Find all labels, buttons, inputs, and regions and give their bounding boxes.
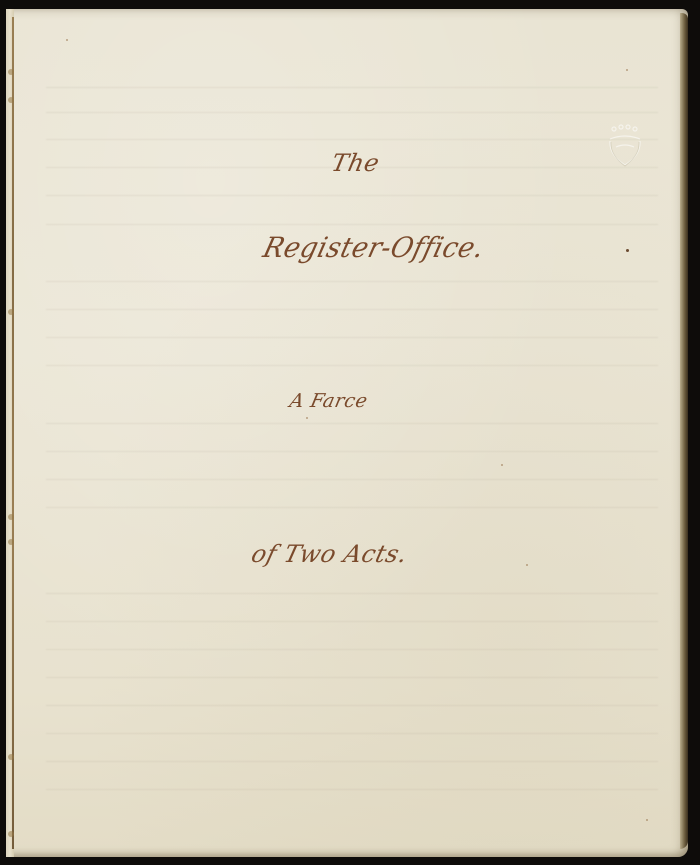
ink-dot — [626, 249, 629, 252]
show-through-line — [46, 299, 658, 310]
stitch-hole — [8, 539, 14, 545]
show-through-line — [46, 355, 658, 366]
show-through-line — [46, 695, 658, 706]
paper-speck — [646, 819, 648, 821]
show-through-line — [46, 185, 658, 196]
stitch-hole — [8, 97, 14, 103]
show-through-line — [46, 497, 658, 508]
show-through-line — [46, 102, 658, 113]
scan-frame: The Register-Office. A Farce of Two Acts… — [0, 0, 700, 865]
show-through-line — [46, 583, 658, 594]
show-through-line — [46, 271, 658, 282]
show-through-line — [46, 751, 658, 762]
stitch-hole — [8, 309, 14, 315]
stitch-hole — [8, 514, 14, 520]
show-through-line — [46, 723, 658, 734]
title-main: Register-Office. — [260, 231, 488, 264]
show-through-line — [46, 327, 658, 338]
manuscript-page: The Register-Office. A Farce of Two Acts… — [6, 9, 688, 857]
binding-line — [12, 17, 14, 849]
title-article: The — [329, 149, 382, 177]
show-through-line — [46, 413, 658, 424]
title-acts: of Two Acts. — [249, 540, 411, 568]
show-through-line — [46, 639, 658, 650]
show-through-line — [46, 667, 658, 678]
show-through-line — [46, 77, 658, 88]
paper-speck — [501, 464, 503, 466]
book-right-edge — [680, 13, 688, 849]
stitch-hole — [8, 831, 14, 837]
paper-speck — [306, 417, 308, 419]
show-through-line — [46, 611, 658, 622]
show-through-line — [46, 779, 658, 790]
stitch-hole — [8, 69, 14, 75]
show-through-line — [46, 469, 658, 480]
show-through-line — [46, 441, 658, 452]
stitch-hole — [8, 754, 14, 760]
show-through-line — [46, 214, 658, 225]
title-subtitle: A Farce — [288, 390, 370, 412]
paper-speck — [626, 69, 628, 71]
crest-emboss-icon — [606, 121, 644, 171]
paper-speck — [66, 39, 68, 41]
paper-speck — [526, 564, 528, 566]
show-through-line — [46, 129, 658, 140]
